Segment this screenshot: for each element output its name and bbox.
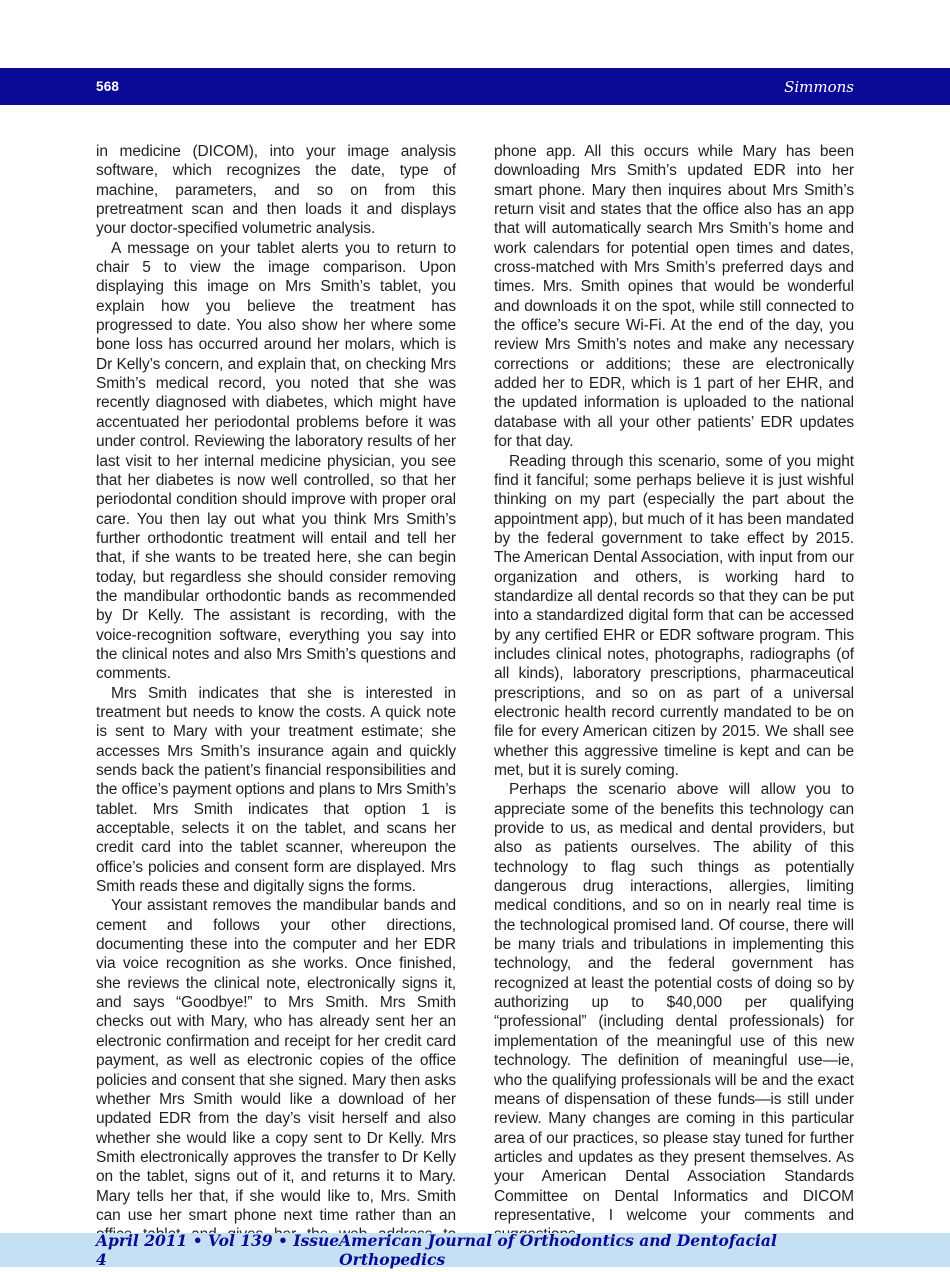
article-body: in medicine (DICOM), into your image ana… <box>96 142 854 1264</box>
paragraph: phone app. All this occurs while Mary ha… <box>494 142 854 452</box>
paragraph: Perhaps the scenario above will allow yo… <box>494 780 854 1244</box>
right-column: phone app. All this occurs while Mary ha… <box>494 142 854 1264</box>
journal-page: 568 Simmons in medicine (DICOM), into yo… <box>0 0 950 1272</box>
footer-bar: April 2011 • Vol 139 • Issue 4 American … <box>0 1233 950 1267</box>
left-column: in medicine (DICOM), into your image ana… <box>96 142 456 1264</box>
paragraph: Mrs Smith indicates that she is interest… <box>96 684 456 897</box>
paragraph: A message on your tablet alerts you to r… <box>96 239 456 684</box>
footer-journal-name: American Journal of Orthodontics and Den… <box>339 1231 854 1269</box>
running-head-author: Simmons <box>784 78 854 96</box>
page-number: 568 <box>96 79 119 94</box>
paragraph: Reading through this scenario, some of y… <box>494 452 854 781</box>
footer-issue-info: April 2011 • Vol 139 • Issue 4 <box>96 1231 339 1269</box>
running-header-bar: 568 Simmons <box>0 68 950 105</box>
paragraph: Your assistant removes the mandibular ba… <box>96 896 456 1264</box>
paragraph: in medicine (DICOM), into your image ana… <box>96 142 456 239</box>
